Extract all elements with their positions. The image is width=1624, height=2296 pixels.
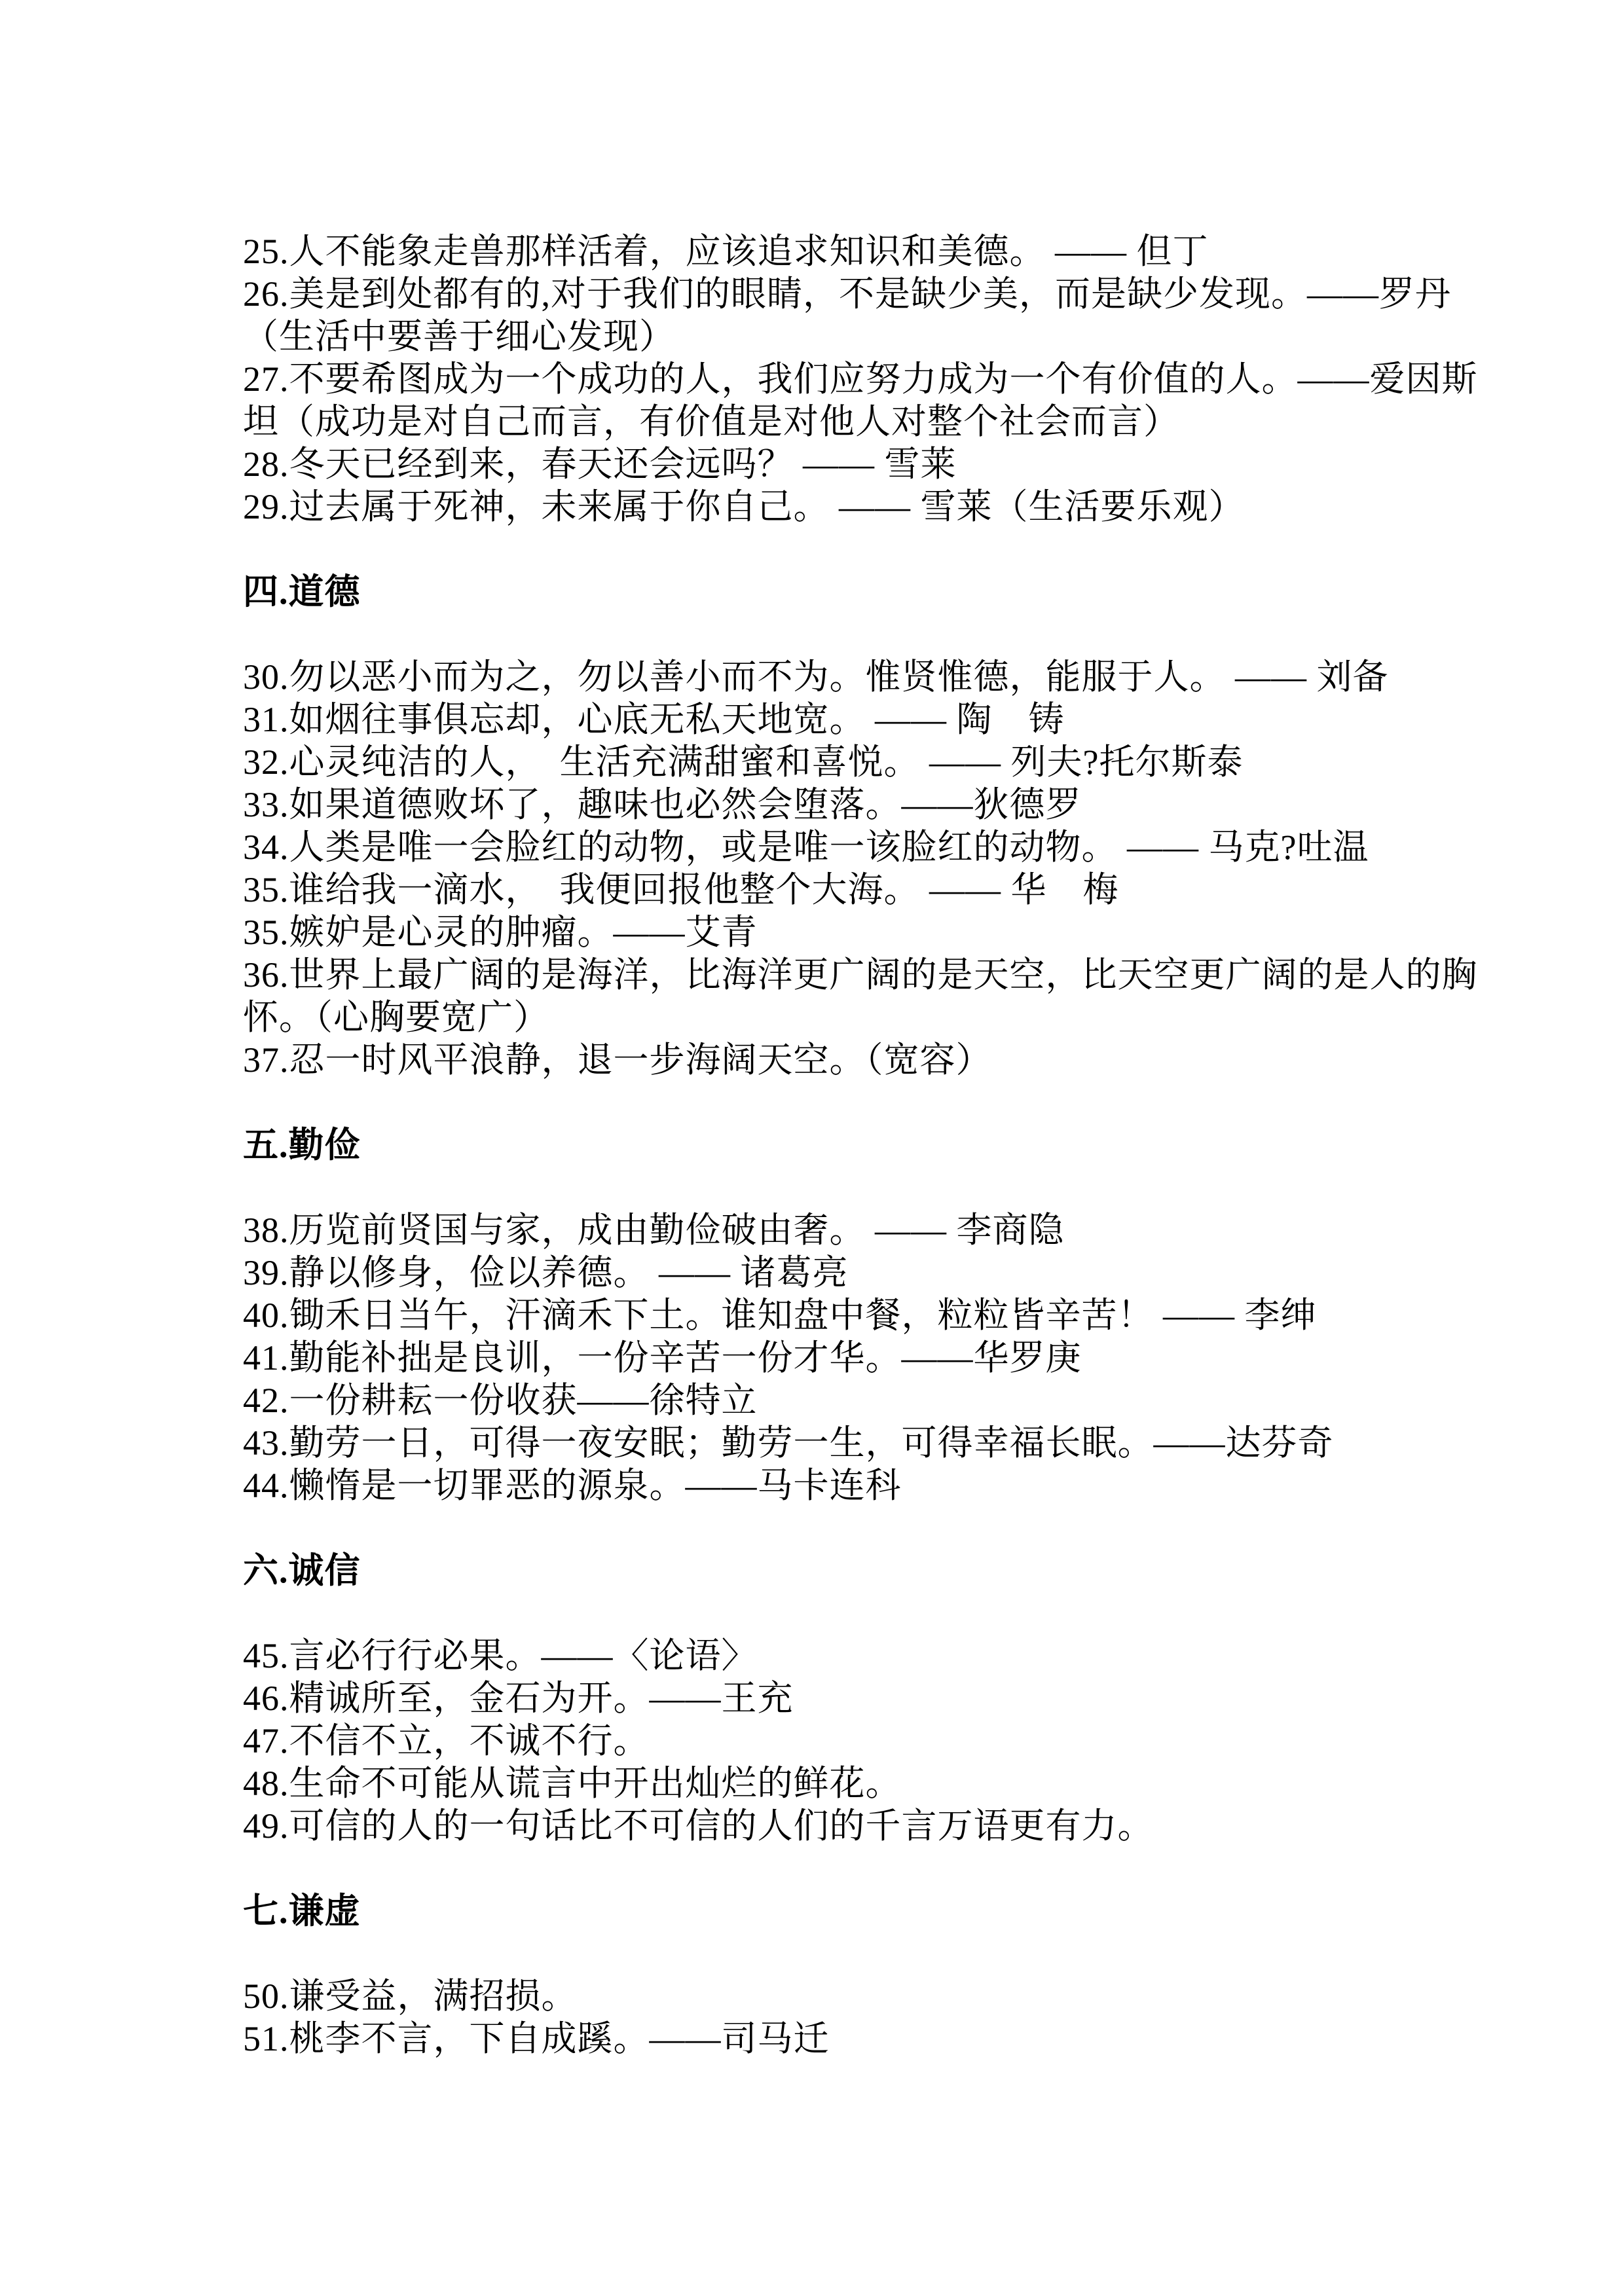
quote-line: 34.人类是唯一会脸红的动物，或是唯一该脸红的动物。 —— 马克?吐温: [243, 826, 1415, 869]
section-heading: 六.诚信: [243, 1550, 1415, 1592]
document-page: 25.人不能象走兽那样活着，应该追求知识和美德。 —— 但丁26.美是到处都有的…: [0, 0, 1624, 2296]
quote-line: 33.如果道德败坏了，趣味也必然会堕落。——狄德罗: [243, 784, 1415, 826]
quote-line: 31.如烟往事俱忘却，心底无私天地宽。 —— 陶 铸: [243, 699, 1415, 741]
quote-line: 32.心灵纯洁的人， 生活充满甜蜜和喜悦。 —— 列夫?托尔斯泰: [243, 741, 1415, 784]
quote-line: 28.冬天已经到来，春天还会远吗？ —— 雪莱: [243, 443, 1415, 486]
quote-line: 怀。（心胸要宽广）: [243, 996, 1415, 1039]
section-heading: 五.勤俭: [243, 1124, 1415, 1167]
quote-line: 38.历览前贤国与家，成由勤俭破由奢。 —— 李商隐: [243, 1209, 1415, 1252]
quote-line: 36.世界上最广阔的是海洋，比海洋更广阔的是天空，比天空更广阔的是人的胸: [243, 954, 1415, 996]
quote-line: 坦（成功是对自己而言，有价值是对他人对整个社会而言）: [243, 401, 1415, 443]
quote-line: 41.勤能补拙是良训，一份辛苦一份才华。——华罗庚: [243, 1337, 1415, 1379]
quote-line: 44.懒惰是一切罪恶的源泉。——马卡连科: [243, 1465, 1415, 1507]
quote-line: 42.一份耕耘一份收获——徐特立: [243, 1379, 1415, 1422]
quote-line: 27.不要希图成为一个成功的人，我们应努力成为一个有价值的人。——爱因斯: [243, 358, 1415, 401]
quote-line: 47.不信不立，不诚不行。: [243, 1720, 1415, 1762]
quote-line: 35.谁给我一滴水， 我便回报他整个大海。 —— 华 梅: [243, 869, 1415, 911]
section-heading: 四.道德: [243, 571, 1415, 613]
quote-line: 40.锄禾日当午，汗滴禾下土。谁知盘中餐，粒粒皆辛苦！ —— 李绅: [243, 1294, 1415, 1337]
quote-line: 45.言必行行必果。——〈论语〉: [243, 1635, 1415, 1677]
quote-line: 49.可信的人的一句话比不可信的人们的千言万语更有力。: [243, 1805, 1415, 1848]
quote-line: 35.嫉妒是心灵的肿瘤。——艾青: [243, 911, 1415, 954]
quote-line: 51.桃李不言，下自成蹊。——司马迁: [243, 2018, 1415, 2060]
quote-list: 25.人不能象走兽那样活着，应该追求知识和美德。 —— 但丁26.美是到处都有的…: [243, 230, 1415, 2060]
quote-line: 37.忍一时风平浪静，退一步海阔天空。（宽容）: [243, 1039, 1415, 1082]
quote-line: 29.过去属于死神，未来属于你自己。 —— 雪莱（生活要乐观）: [243, 486, 1415, 528]
quote-line: 43.勤劳一日，可得一夜安眠；勤劳一生，可得幸福长眠。——达芬奇: [243, 1422, 1415, 1465]
section-heading: 七.谦虚: [243, 1890, 1415, 1933]
quote-line: 46.精诚所至，金石为开。——王充: [243, 1677, 1415, 1720]
quote-line: 25.人不能象走兽那样活着，应该追求知识和美德。 —— 但丁: [243, 230, 1415, 273]
quote-line: 50.谦受益，满招损。: [243, 1975, 1415, 2018]
quote-line: 39.静以修身，俭以养德。 —— 诸葛亮: [243, 1252, 1415, 1294]
quote-line: 48.生命不可能从谎言中开出灿烂的鲜花。: [243, 1762, 1415, 1805]
quote-line: 26.美是到处都有的,对于我们的眼睛，不是缺少美，而是缺少发现。——罗丹: [243, 273, 1415, 316]
quote-line: （生活中要善于细心发现）: [243, 316, 1415, 358]
quote-line: 30.勿以恶小而为之，勿以善小而不为。惟贤惟德，能服于人。 —— 刘备: [243, 656, 1415, 699]
